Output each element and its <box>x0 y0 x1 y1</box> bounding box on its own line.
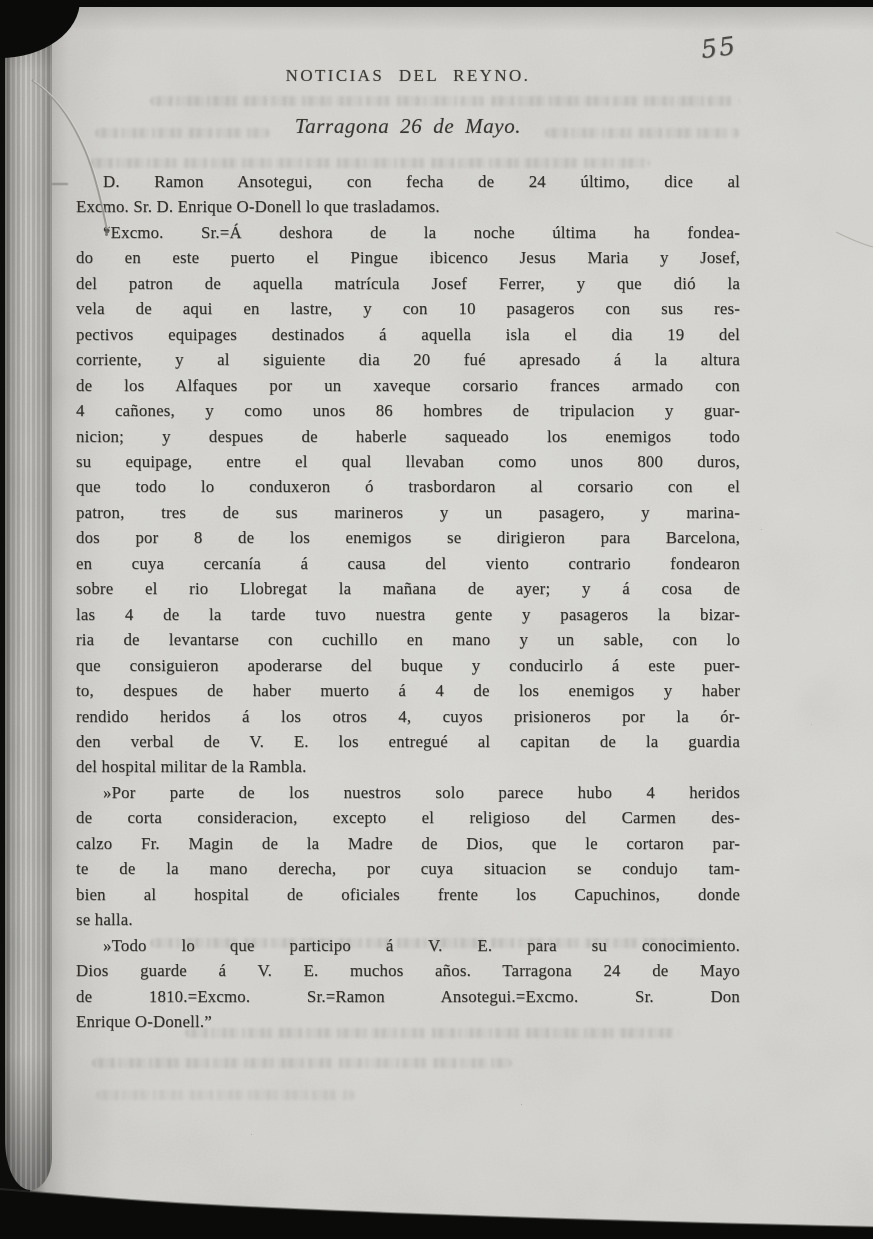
text-line: vela de aqui en lastre, y con 10 pasager… <box>76 296 740 321</box>
text-line: de corta consideracion, excepto el relig… <box>76 805 740 830</box>
text-line: D. Ramon Ansotegui, con fecha de 24 últi… <box>76 169 740 194</box>
text-line: nicion; y despues de haberle saqueado lo… <box>76 424 740 449</box>
section-header: NOTICIAS DEL REYNO. <box>76 66 740 86</box>
text-line: rendido heridos á los otros 4, cuyos pri… <box>76 704 740 729</box>
text-line: se halla. <box>76 907 740 932</box>
margin-smudge <box>52 183 68 185</box>
scanned-book-page: NOTICIAS DEL REYNO. Tarragona 26 de Mayo… <box>0 0 873 1239</box>
text-line: de 1810.=Excmo. Sr.=Ramon Ansotegui.=Exc… <box>76 984 740 1009</box>
text-line: to, despues de haber muerto á 4 de los e… <box>76 678 740 703</box>
text-line: bien al hospital de oficiales frente los… <box>76 882 740 907</box>
text-line: corriente, y al siguiente dia 20 fué apr… <box>76 347 740 372</box>
text-line: den verbal de V. E. los entregué al capi… <box>76 729 740 754</box>
text-line: del patron de aquella matrícula Josef Fe… <box>76 271 740 296</box>
paragraph: »Por parte de los nuestros solo parece h… <box>76 780 740 933</box>
text-line: calzo Fr. Magin de la Madre de Dios, que… <box>76 831 740 856</box>
text-line: en cuya cercanía á causa del viento cont… <box>76 551 740 576</box>
dateline: Tarragona 26 de Mayo. <box>76 114 740 139</box>
text-line: do en este puerto el Pingue ibicenco Jes… <box>76 245 740 270</box>
paper-speckles <box>105 233 108 236</box>
text-line: del hospital militar de la Rambla. <box>76 754 740 779</box>
text-line: que todo lo conduxeron ó trasbordaron al… <box>76 474 740 499</box>
book-binding-page-edges <box>5 12 52 1190</box>
text-line: que consiguieron apoderarse del buque y … <box>76 653 740 678</box>
page-number: 55 <box>699 31 738 64</box>
text-line: Enrique O-Donell.” <box>76 1009 740 1034</box>
text-line: patron, tres de sus marineros y un pasag… <box>76 500 740 525</box>
text-line: »Todo lo que participo á V. E. para su c… <box>76 933 740 958</box>
text-line: “Excmo. Sr.=Á deshora de la noche última… <box>76 220 740 245</box>
text-line: pectivos equipages destinados á aquella … <box>76 322 740 347</box>
text-line: su equipage, entre el qual llevaban como… <box>76 449 740 474</box>
text-line: de los Alfaques por un xaveque corsario … <box>76 373 740 398</box>
text-line: 4 cañones, y como unos 86 hombres de tri… <box>76 398 740 423</box>
paragraph: D. Ramon Ansotegui, con fecha de 24 últi… <box>76 169 740 220</box>
text-line: sobre el rio Llobregat la mañana de ayer… <box>76 576 740 601</box>
text-line: ria de levantarse con cuchillo en mano y… <box>76 627 740 652</box>
text-line: Dios guarde á V. E. muchos años. Tarrago… <box>76 958 740 983</box>
text-line: Excmo. Sr. D. Enrique O-Donell lo que tr… <box>76 194 740 219</box>
body-text: D. Ramon Ansotegui, con fecha de 24 últi… <box>76 169 740 1034</box>
text-line: »Por parte de los nuestros solo parece h… <box>76 780 740 805</box>
text-line: te de la mano derecha, por cuya situacio… <box>76 856 740 881</box>
paragraph: »Todo lo que participo á V. E. para su c… <box>76 933 740 1035</box>
paragraph: “Excmo. Sr.=Á deshora de la noche última… <box>76 220 740 780</box>
printed-text-column: NOTICIAS DEL REYNO. Tarragona 26 de Mayo… <box>76 0 740 1239</box>
text-line: las 4 de la tarde tuvo nuestra gente y p… <box>76 602 740 627</box>
text-line: dos por 8 de los enemigos se dirigieron … <box>76 525 740 550</box>
